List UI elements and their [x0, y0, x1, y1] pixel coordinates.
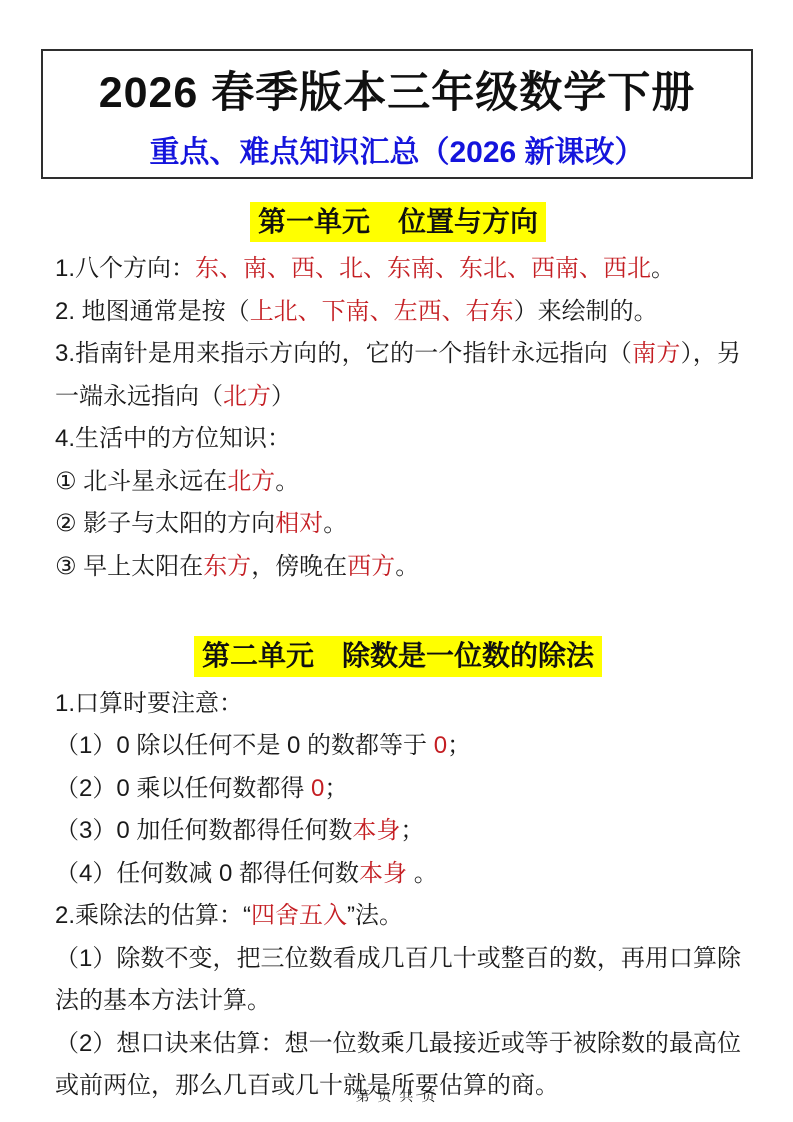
document-body: 第一单元 位置与方向 1.八个方向：东、南、西、北、东南、东北、西南、西北。 2… [55, 196, 741, 1108]
section-unit-2: 第二单元 除数是一位数的除法 1.口算时要注意： （1）0 除以任何不是 0 的… [55, 636, 741, 1107]
document-page: 2026 春季版本三年级数学下册 重点、难点知识汇总（2026 新课改） 第一单… [0, 0, 793, 1122]
unit2-rule-2: （2）0 乘以任何数都得 0； [55, 768, 741, 811]
unit2-line-oral-calc: 1.口算时要注意： [55, 683, 741, 726]
page-subtitle: 重点、难点知识汇总（2026 新课改） [43, 127, 751, 171]
unit1-line-directions: 1.八个方向：东、南、西、北、东南、东北、西南、西北。 [55, 248, 741, 291]
unit2-estimation-method-1: （1）除数不变，把三位数看成几百几十或整百的数，再用口算除法的基本方法计算。 [55, 938, 741, 1023]
unit1-line-compass: 3.指南针是用来指示方向的，它的一个指针永远指向（南方），另一端永远指向（北方） [55, 333, 741, 418]
unit1-item-big-dipper: ① 北斗星永远在北方。 [55, 461, 741, 504]
page-footer: 第 页 共 页 [0, 1086, 793, 1106]
section-2-heading-row: 第二单元 除数是一位数的除法 [55, 636, 741, 676]
header-title-box: 2026 春季版本三年级数学下册 重点、难点知识汇总（2026 新课改） [41, 49, 753, 179]
section-unit-1: 第一单元 位置与方向 1.八个方向：东、南、西、北、东南、东北、西南、西北。 2… [55, 202, 741, 588]
section-2-heading: 第二单元 除数是一位数的除法 [194, 636, 602, 676]
unit2-rule-4: （4）任何数减 0 都得任何数本身 。 [55, 853, 741, 896]
unit1-item-sun: ③ 早上太阳在东方，傍晚在西方。 [55, 546, 741, 589]
unit1-line-life-knowledge: 4.生活中的方位知识： [55, 418, 741, 461]
section-1-heading-row: 第一单元 位置与方向 [55, 202, 741, 242]
unit1-item-shadow: ② 影子与太阳的方向相对。 [55, 503, 741, 546]
unit2-rule-3: （3）0 加任何数都得任何数本身； [55, 810, 741, 853]
section-1-heading: 第一单元 位置与方向 [250, 202, 546, 242]
page-title: 2026 春季版本三年级数学下册 [43, 59, 751, 120]
unit2-line-estimation: 2.乘除法的估算：“四舍五入”法。 [55, 895, 741, 938]
unit1-line-map-rule: 2. 地图通常是按（上北、下南、左西、右东）来绘制的。 [55, 291, 741, 334]
unit2-rule-1: （1）0 除以任何不是 0 的数都等于 0； [55, 725, 741, 768]
